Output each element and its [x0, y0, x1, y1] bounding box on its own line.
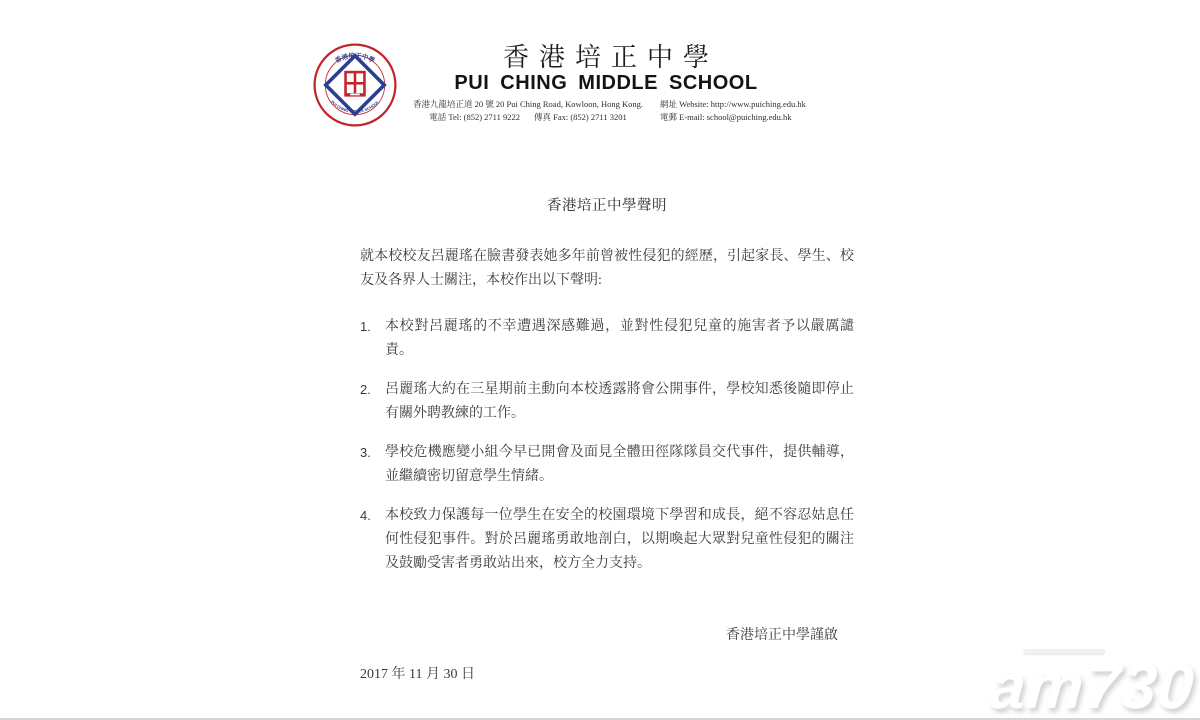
- tel-label: 電話 Tel: (852) 2711 9222: [429, 112, 520, 122]
- item-text: 本校對呂麗瑤的不幸遭遇深感難過，並對性侵犯兒童的施害者予以嚴厲譴責。: [385, 315, 854, 363]
- letterhead: 香港培正中學 PUI CHING MIDDLE SCHOOL 香港培正中學 PU…: [312, 42, 808, 128]
- letterhead-text: 香港培正中學 PUI CHING MIDDLE SCHOOL 香港九龍培正道 2…: [404, 42, 808, 124]
- school-name-english: PUI CHING MIDDLE SCHOOL: [404, 72, 808, 95]
- item-text: 本校致力保護每一位學生在安全的校園環境下學習和成長，絕不容忍姑息任何性侵犯事件。…: [385, 504, 854, 576]
- school-crest-logo: 香港培正中學 PUI CHING MIDDLE SCHOOL: [312, 42, 398, 128]
- website-line: 網址 Website: http://www.puiching.edu.hk: [660, 98, 808, 111]
- scanned-statement-page: 香港培正中學 PUI CHING MIDDLE SCHOOL 香港培正中學 PU…: [0, 0, 1200, 720]
- date-line: 2017 年 11 月 30 日: [360, 663, 854, 687]
- fax-label: 傳真 Fax: (852) 2711 3201: [534, 112, 627, 122]
- school-name-chinese: 香港培正中學: [404, 43, 808, 72]
- statement-intro: 就本校校友呂麗瑤在臉書發表她多年前曾被性侵犯的經歷，引起家長、學生、校友及各界人…: [360, 245, 854, 293]
- item-number: 2.: [360, 378, 385, 426]
- am730-watermark: am730: [987, 650, 1196, 720]
- crest-pane: [356, 73, 363, 82]
- statement-body: 香港培正中學聲明 就本校校友呂麗瑤在臉書發表她多年前曾被性侵犯的經歷，引起家長、…: [360, 197, 854, 687]
- contact-block: 香港九龍培正道 20 號 20 Pui Ching Road, Kowloon,…: [404, 98, 808, 124]
- statement-item-4: 4. 本校致力保護每一位學生在安全的校園環境下學習和成長，絕不容忍姑息任何性侵犯…: [360, 504, 854, 576]
- crest-pane: [347, 73, 354, 82]
- statement-item-1: 1. 本校對呂麗瑤的不幸遭遇深感難過，並對性侵犯兒童的施害者予以嚴厲譴責。: [360, 315, 854, 363]
- statement-item-3: 3. 學校危機應變小組今早已開會及面見全體田徑隊隊員交代事件，提供輔導，並繼續密…: [360, 441, 854, 489]
- statement-item-2: 2. 呂麗瑤大約在三星期前主動向本校透露將會公開事件，學校知悉後隨即停止有關外聘…: [360, 378, 854, 426]
- item-number: 4.: [360, 504, 385, 576]
- statement-title: 香港培正中學聲明: [360, 197, 854, 215]
- tel-fax-line: 電話 Tel: (852) 2711 9222傳真 Fax: (852) 271…: [404, 111, 652, 124]
- item-text: 學校危機應變小組今早已開會及面見全體田徑隊隊員交代事件，提供輔導，並繼續密切留意…: [385, 441, 854, 489]
- address-line: 香港九龍培正道 20 號 20 Pui Ching Road, Kowloon,…: [404, 98, 652, 111]
- item-text: 呂麗瑤大約在三星期前主動向本校透露將會公開事件，學校知悉後隨即停止有關外聘教練的…: [385, 378, 854, 426]
- crest-pane: [350, 94, 359, 96]
- signature-line: 香港培正中學謹啟: [360, 624, 854, 648]
- item-number: 1.: [360, 315, 385, 363]
- item-number: 3.: [360, 441, 385, 489]
- crest-pane: [356, 85, 363, 94]
- email-line: 電郵 E-mail: school@puiching.edu.hk: [660, 111, 808, 124]
- crest-pane: [347, 85, 354, 94]
